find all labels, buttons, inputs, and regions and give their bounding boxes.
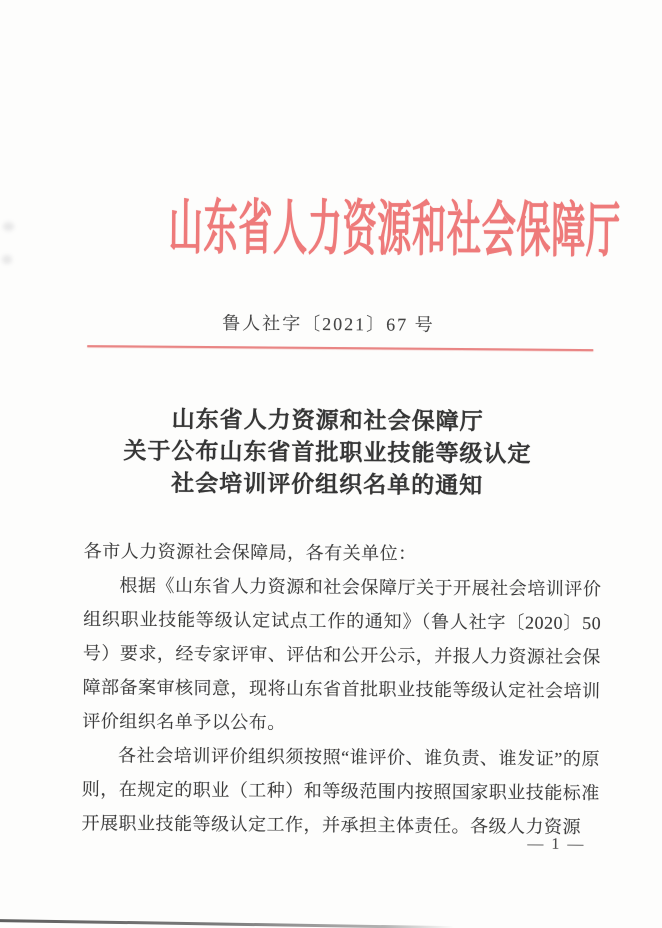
scan-speck (3, 222, 14, 231)
notice-title-line-2: 关于公布山东省首批职业技能等级认定 (123, 438, 531, 466)
scan-speck (2, 255, 12, 264)
document-content: 山东省人力资源和社会保障厅 鲁人社字〔2021〕67 号 山东省人力资源和社会保… (0, 0, 662, 928)
scanned-document-page: 山东省人力资源和社会保障厅 鲁人社字〔2021〕67 号 山东省人力资源和社会保… (0, 0, 662, 928)
body-paragraph-2: 各社会培训评价组织须按照“谁评价、谁负责、谁发证”的原则，在规定的职业（工种）和… (81, 738, 600, 844)
body-paragraph-1: 根据《山东省人力资源和社会保障厅关于开展社会培训评价组织职业技能等级认定试点工作… (82, 568, 601, 742)
red-divider-line (87, 345, 593, 351)
notice-title: 山东省人力资源和社会保障厅 关于公布山东省首批职业技能等级认定 社会培训评价组织… (0, 402, 659, 503)
document-number: 鲁人社字〔2021〕67 号 (0, 310, 660, 337)
page-number: — 1 — (527, 835, 585, 855)
notice-body: 各市人力资源社会保障局，各有关单位： 根据《山东省人力资源和社会保障厅关于开展社… (81, 534, 601, 844)
letterhead-title: 山东省人力资源和社会保障厅 (168, 197, 620, 263)
letterhead: 山东省人力资源和社会保障厅 (0, 195, 660, 262)
notice-title-line-1: 山东省人力资源和社会保障厅 (172, 407, 484, 434)
notice-title-line-3: 社会培训评价组织名单的通知 (171, 471, 483, 498)
salutation-line: 各市人力资源社会保障局，各有关单位： (84, 534, 602, 572)
